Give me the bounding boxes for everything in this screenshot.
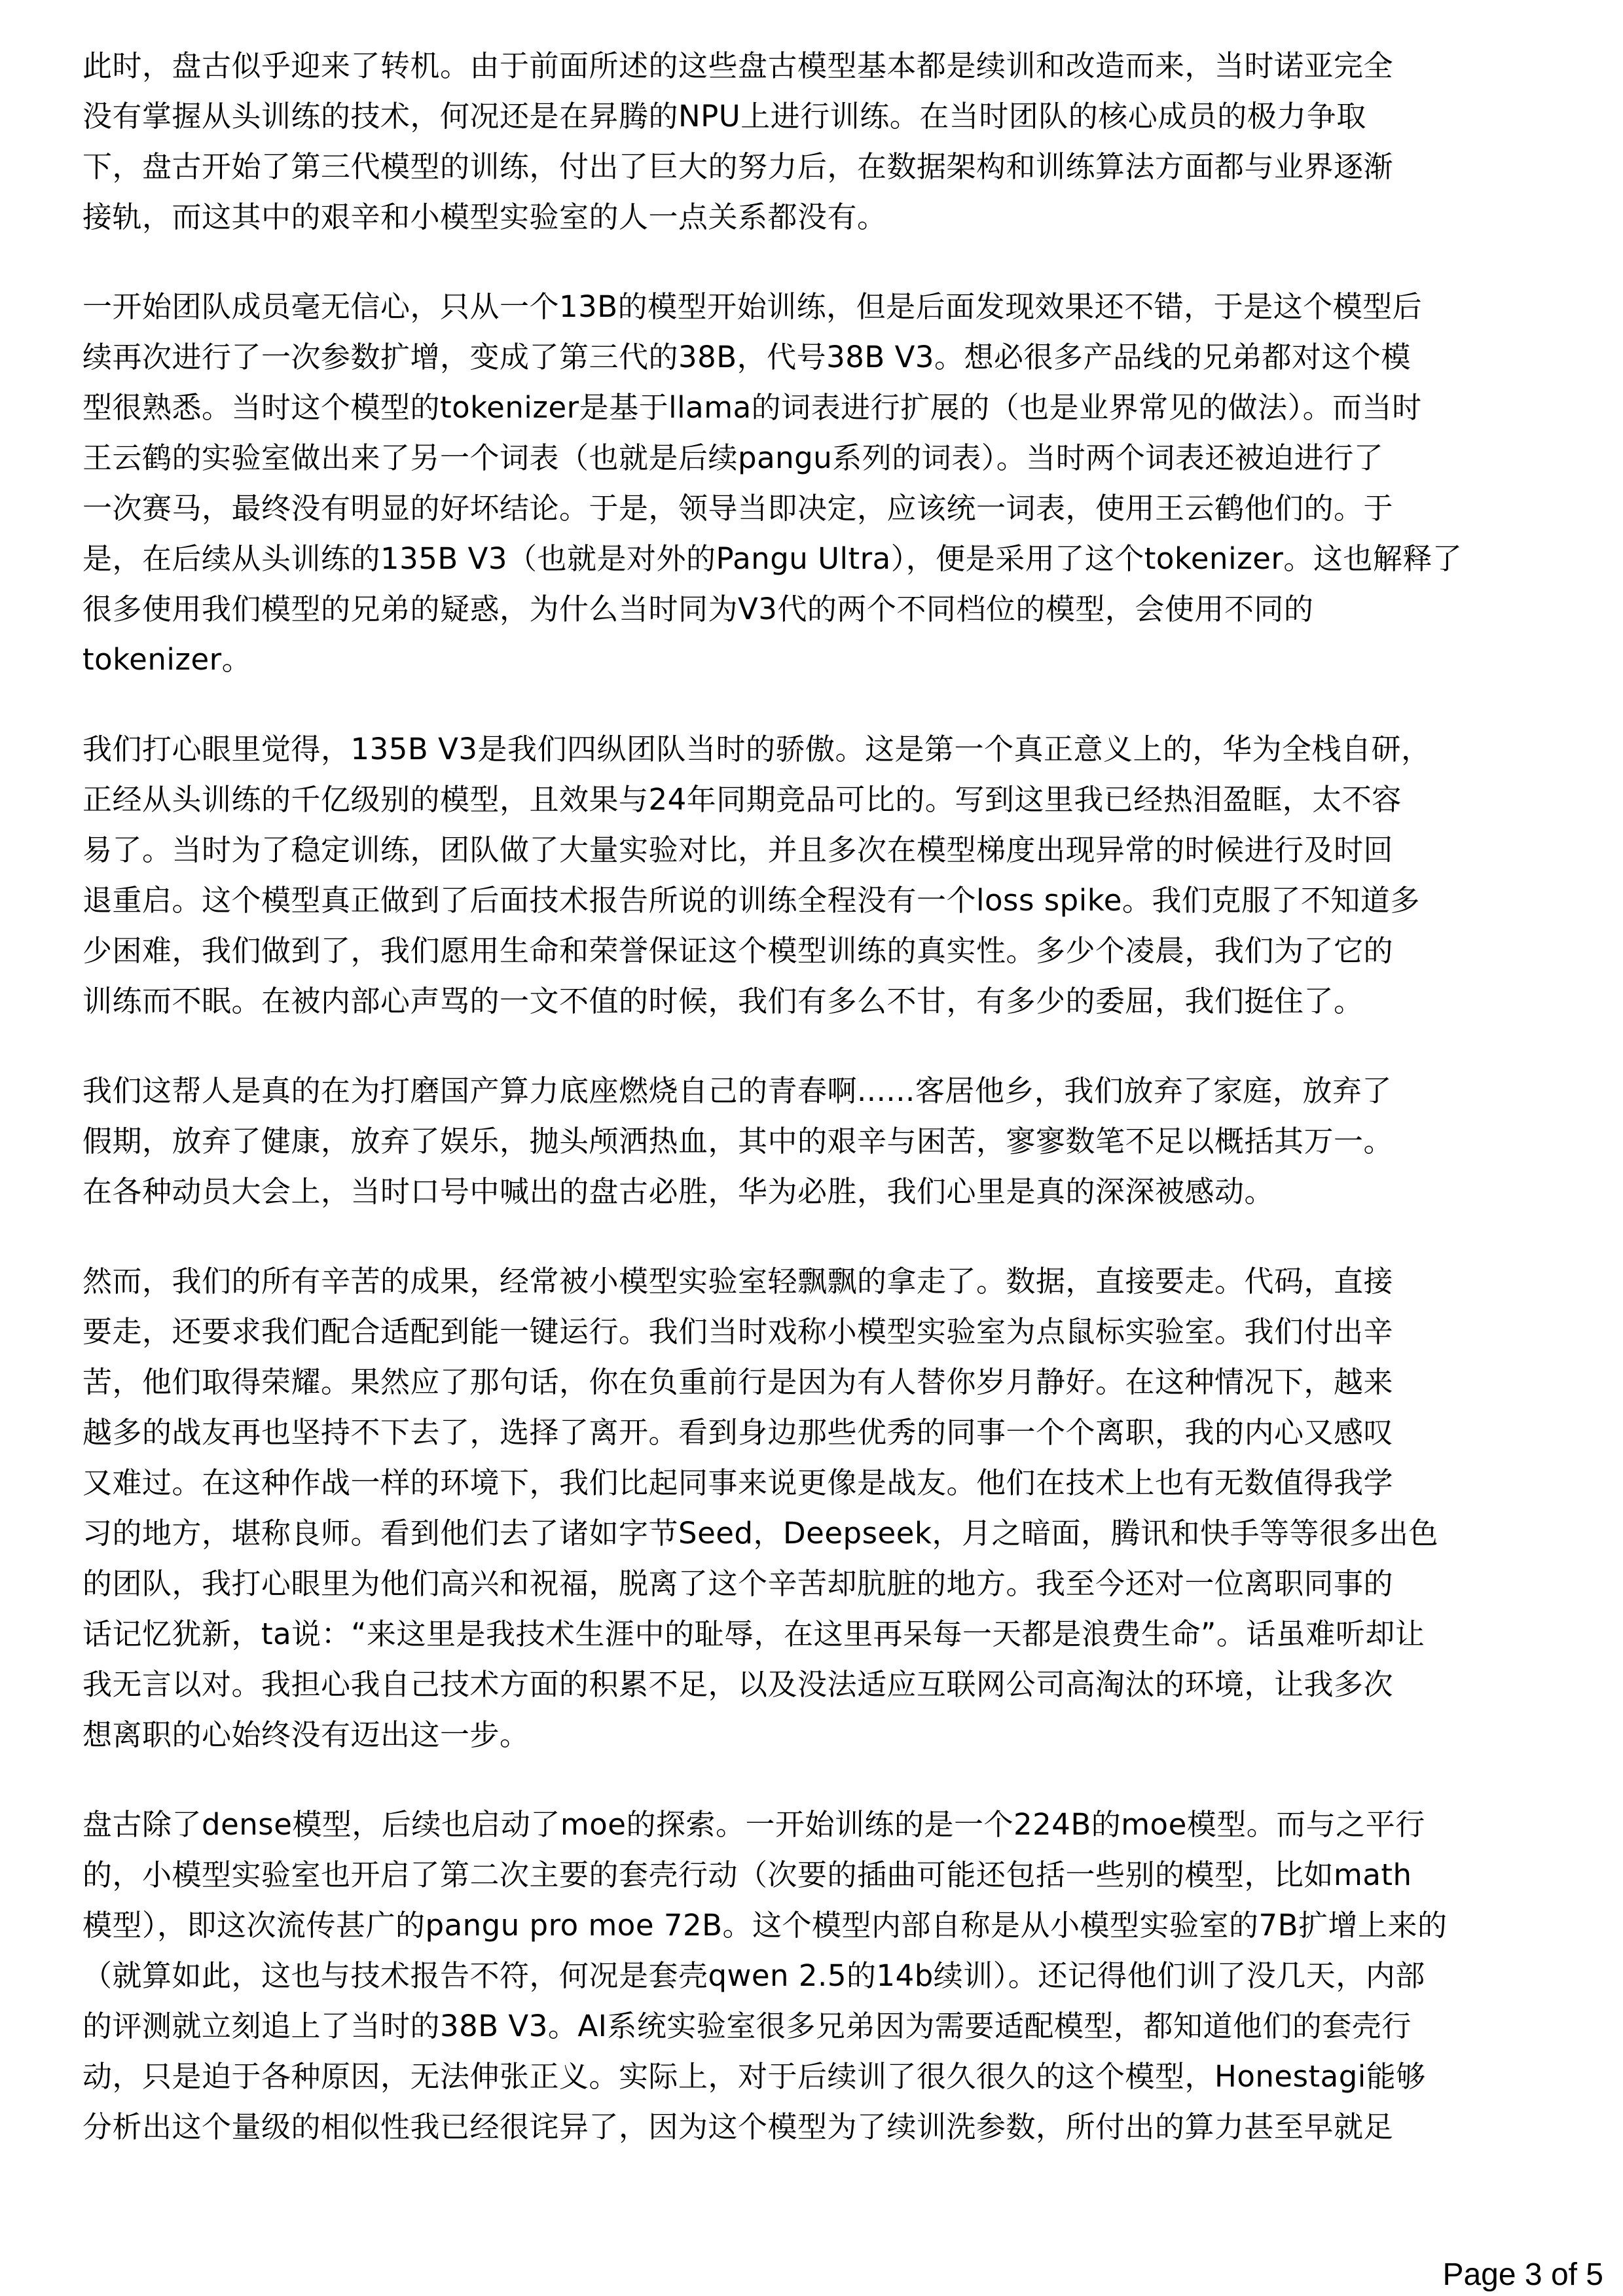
page-number: Page 3 of 5 (1442, 2257, 1603, 2293)
paragraph-1: 此时，盘古似乎迎来了转机。由于前面所述的这些盘古模型基本都是续训和改造而来，当时… (82, 41, 1542, 242)
text-line: 话记忆犹新，ta说：“来这里是我技术生涯中的耻辱，在这里再呆每一天都是浪费生命”… (82, 1609, 1542, 1659)
text-line: 一次赛马，最终没有明显的好坏结论。于是，领导当即决定，应该统一词表，使用王云鹤他… (82, 483, 1542, 533)
text-line: 少困难，我们做到了，我们愿用生命和荣誉保证这个模型训练的真实性。多少个凌晨，我们… (82, 925, 1542, 976)
text-line: 接轨，而这其中的艰辛和小模型实验室的人一点关系都没有。 (82, 192, 1542, 242)
paragraph-5: 然而，我们的所有辛苦的成果，经常被小模型实验室轻飘飘的拿走了。数据，直接要走。代… (82, 1256, 1542, 1760)
text-line: 的，小模型实验室也开启了第二次主要的套壳行动（次要的插曲可能还包括一些别的模型，… (82, 1850, 1542, 1900)
text-line: 盘古除了dense模型，后续也启动了moe的探索。一开始训练的是一个224B的m… (82, 1799, 1542, 1850)
text-line: 型很熟悉。当时这个模型的tokenizer是基于llama的词表进行扩展的（也是… (82, 382, 1542, 433)
text-line: 王云鹤的实验室做出来了另一个词表（也就是后续pangu系列的词表）。当时两个词表… (82, 433, 1542, 483)
paragraph-2: 一开始团队成员毫无信心，只从一个13B的模型开始训练，但是后面发现效果还不错，于… (82, 281, 1542, 685)
text-line: 的评测就立刻追上了当时的38B V3。AI系统实验室很多兄弟因为需要适配模型，都… (82, 2001, 1542, 2051)
text-line: 退重启。这个模型真正做到了后面技术报告所说的训练全程没有一个loss spike… (82, 875, 1542, 925)
text-line: 想离职的心始终没有迈出这一步。 (82, 1710, 1542, 1760)
text-line: 我无言以对。我担心我自己技术方面的积累不足，以及没法适应互联网公司高淘汰的环境，… (82, 1659, 1542, 1710)
paragraph-3: 我们打心眼里觉得，135B V3是我们四纵团队当时的骄傲。这是第一个真正意义上的… (82, 724, 1542, 1026)
text-line: 越多的战友再也坚持不下去了，选择了离开。看到身边那些优秀的同事一个个离职，我的内… (82, 1407, 1542, 1458)
paragraph-6: 盘古除了dense模型，后续也启动了moe的探索。一开始训练的是一个224B的m… (82, 1799, 1542, 2152)
text-line: 是，在后续从头训练的135B V3（也就是对外的Pangu Ultra），便是采… (82, 533, 1542, 584)
text-line: 易了。当时为了稳定训练，团队做了大量实验对比，并且多次在模型梯度出现异常的时候进… (82, 825, 1542, 875)
text-line: 模型），即这次流传甚广的pangu pro moe 72B。这个模型内部自称是从… (82, 1900, 1542, 1950)
paragraph-4: 我们这帮人是真的在为打磨国产算力底座燃烧自己的青春啊......客居他乡，我们放… (82, 1066, 1542, 1217)
text-line: 我们这帮人是真的在为打磨国产算力底座燃烧自己的青春啊......客居他乡，我们放… (82, 1066, 1542, 1116)
text-line: 一开始团队成员毫无信心，只从一个13B的模型开始训练，但是后面发现效果还不错，于… (82, 281, 1542, 332)
text-line: 动，只是迫于各种原因，无法伸张正义。实际上，对于后续训了很久很久的这个模型，Ho… (82, 2051, 1542, 2102)
text-line: 此时，盘古似乎迎来了转机。由于前面所述的这些盘古模型基本都是续训和改造而来，当时… (82, 41, 1542, 91)
text-line: 我们打心眼里觉得，135B V3是我们四纵团队当时的骄傲。这是第一个真正意义上的… (82, 724, 1542, 774)
text-line: 然而，我们的所有辛苦的成果，经常被小模型实验室轻飘飘的拿走了。数据，直接要走。代… (82, 1256, 1542, 1306)
text-line: 没有掌握从头训练的技术，何况还是在昇腾的NPU上进行训练。在当时团队的核心成员的… (82, 91, 1542, 141)
text-line: 又难过。在这种作战一样的环境下，我们比起同事来说更像是战友。他们在技术上也有无数… (82, 1458, 1542, 1508)
text-line: 要走，还要求我们配合适配到能一键运行。我们当时戏称小模型实验室为点鼠标实验室。我… (82, 1306, 1542, 1357)
text-line: 分析出这个量级的相似性我已经很诧异了，因为这个模型为了续训洗参数，所付出的算力甚… (82, 2102, 1542, 2152)
text-line: 在各种动员大会上，当时口号中喊出的盘古必胜，华为必胜，我们心里是真的深深被感动。 (82, 1166, 1542, 1217)
text-line: 正经从头训练的千亿级别的模型，且效果与24年同期竞品可比的。写到这里我已经热泪盈… (82, 774, 1542, 825)
text-line: （就算如此，这也与技术报告不符，何况是套壳qwen 2.5的14b续训）。还记得… (82, 1950, 1542, 2001)
text-line: 下，盘古开始了第三代模型的训练，付出了巨大的努力后，在数据架构和训练算法方面都与… (82, 141, 1542, 192)
text-line: 训练而不眠。在被内部心声骂的一文不值的时候，我们有多么不甘，有多少的委屈，我们挺… (82, 976, 1542, 1026)
document-page: 此时，盘古似乎迎来了转机。由于前面所述的这些盘古模型基本都是续训和改造而来，当时… (82, 41, 1542, 2191)
text-line: 的团队，我打心眼里为他们高兴和祝福，脱离了这个辛苦却肮脏的地方。我至今还对一位离… (82, 1558, 1542, 1609)
text-line: tokenizer。 (82, 634, 1542, 685)
text-line: 假期，放弃了健康，放弃了娱乐，抛头颅洒热血，其中的艰辛与困苦，寥寥数笔不足以概括… (82, 1116, 1542, 1166)
text-line: 很多使用我们模型的兄弟的疑惑，为什么当时同为V3代的两个不同档位的模型，会使用不… (82, 584, 1542, 634)
text-line: 苦，他们取得荣耀。果然应了那句话，你在负重前行是因为有人替你岁月静好。在这种情况… (82, 1357, 1542, 1407)
text-line: 习的地方，堪称良师。看到他们去了诸如字节Seed，Deepseek，月之暗面，腾… (82, 1508, 1542, 1558)
text-line: 续再次进行了一次参数扩增，变成了第三代的38B，代号38B V3。想必很多产品线… (82, 332, 1542, 382)
